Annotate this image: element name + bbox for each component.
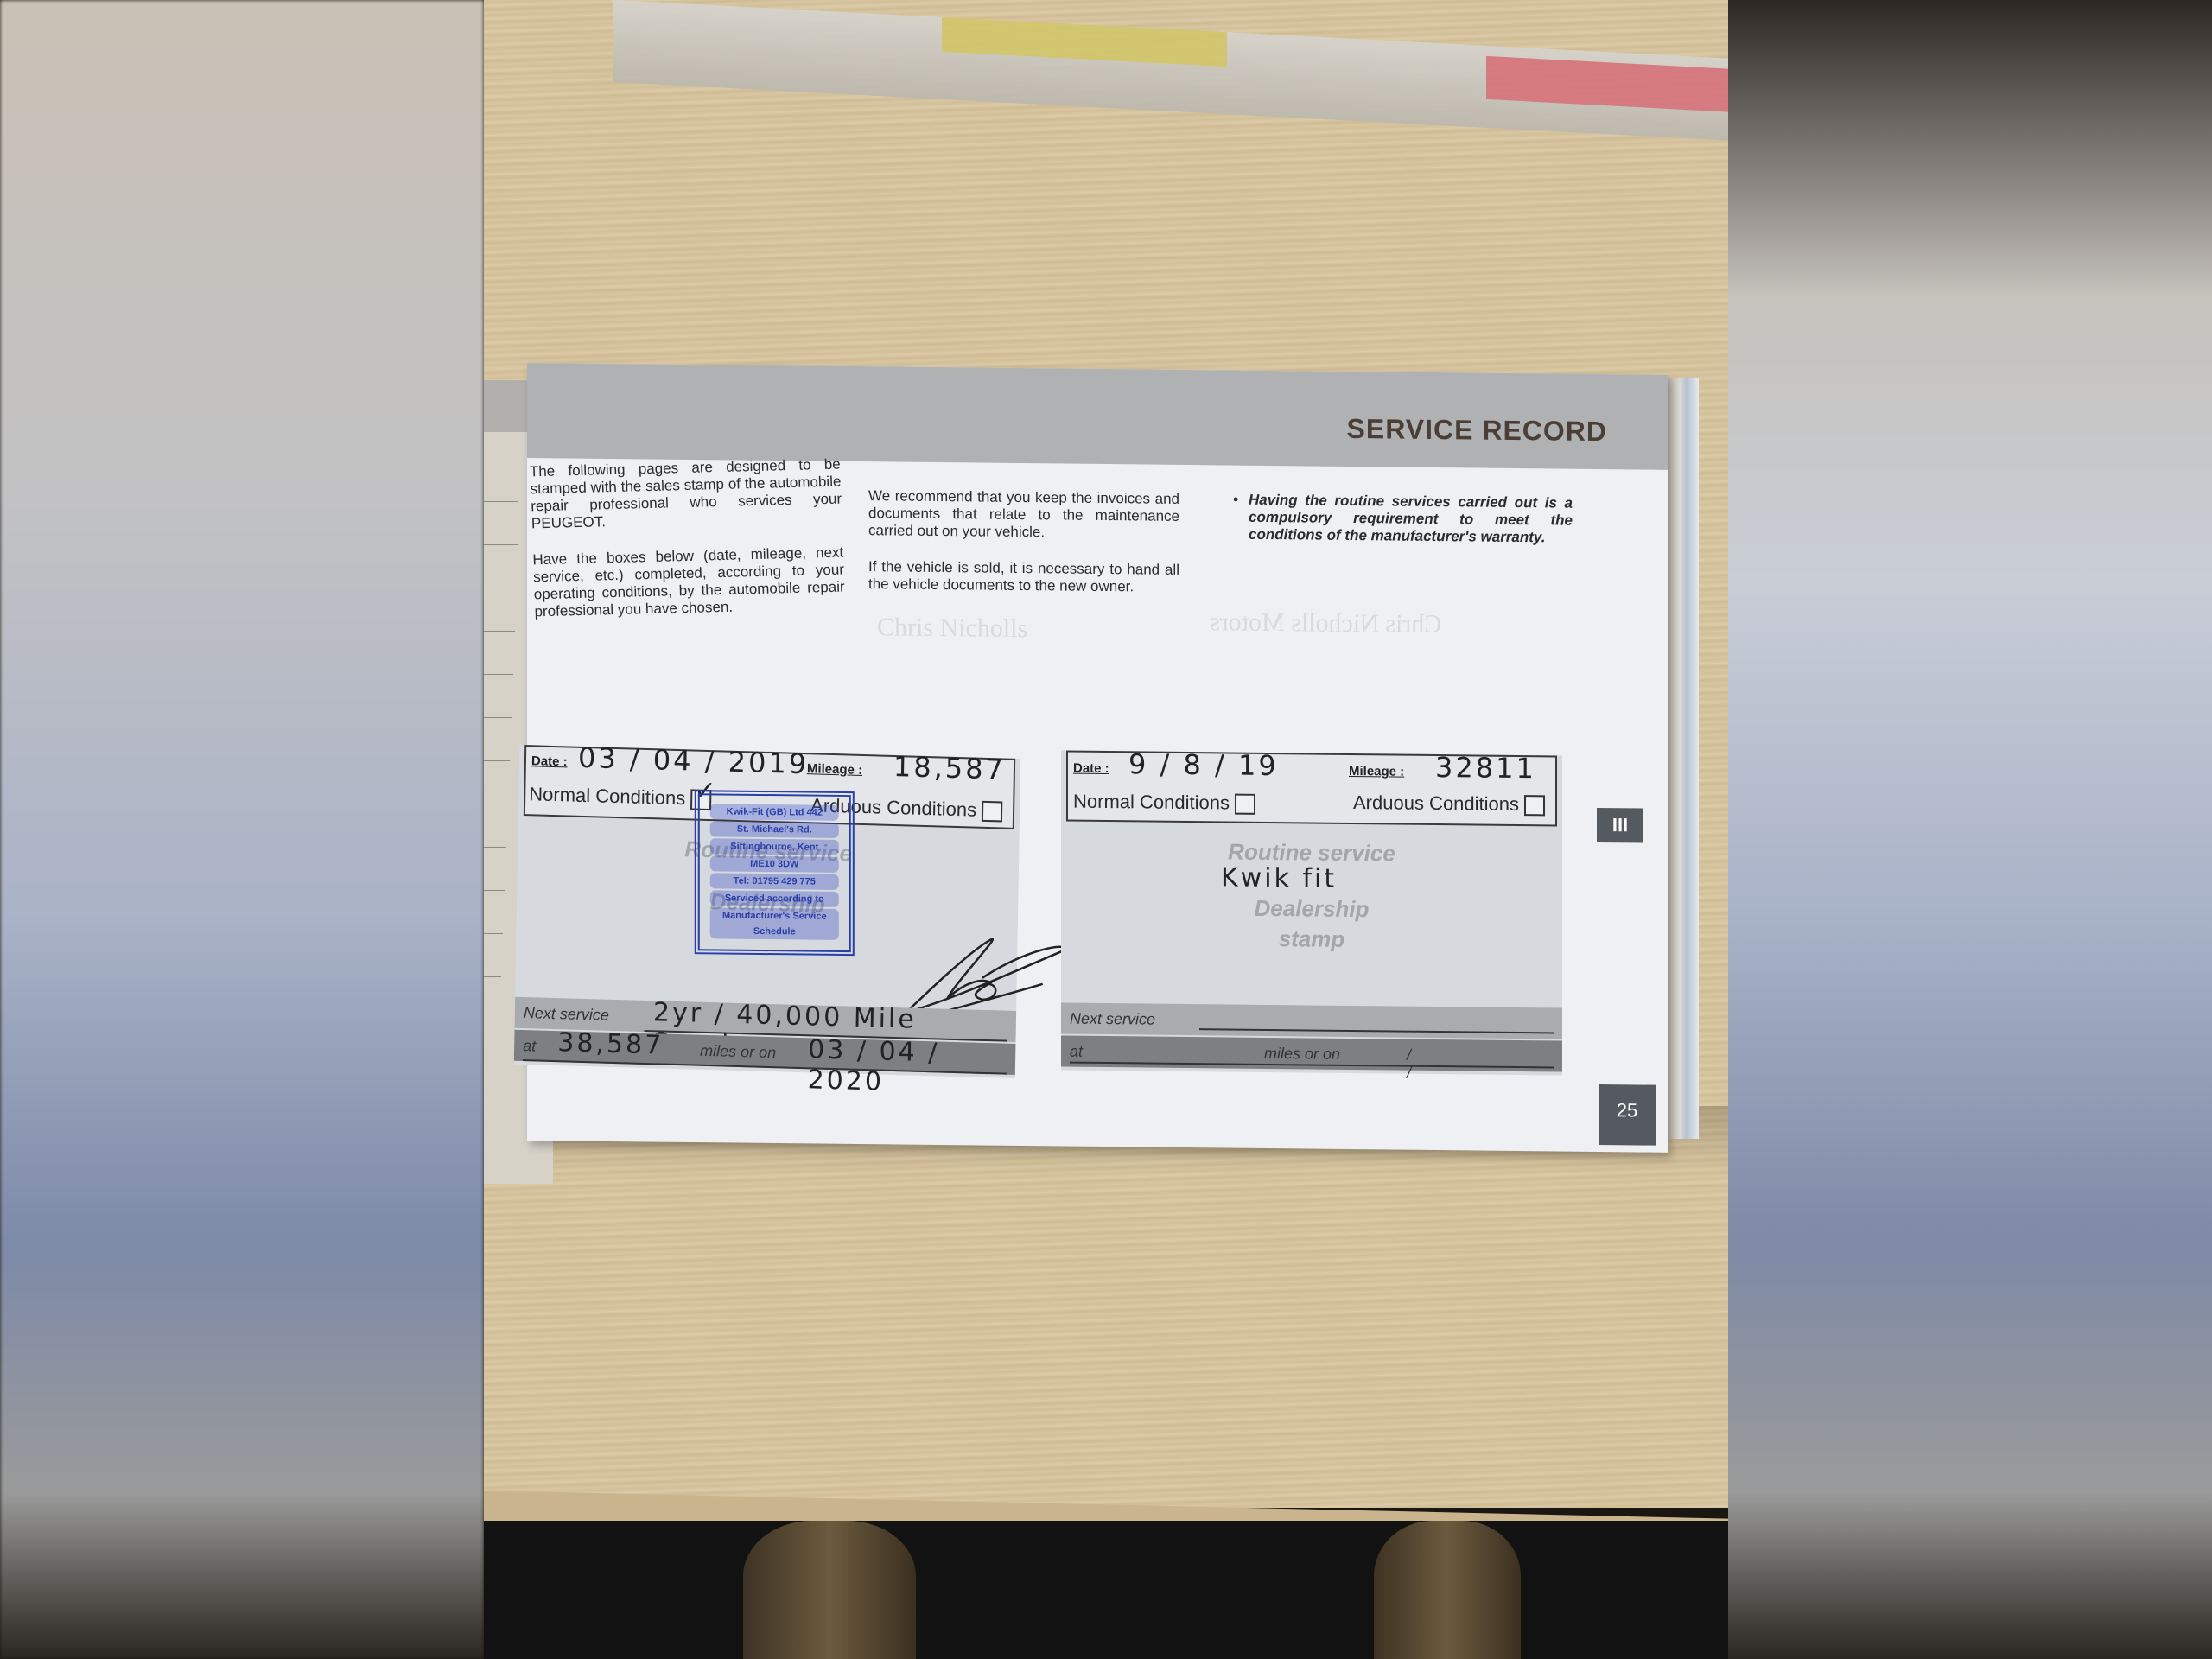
entry-header: Date : 9 / 8 / 19 Mileage : 32811 Normal… <box>1066 751 1557 827</box>
ruled-line <box>484 501 518 502</box>
intro-paragraph: If the vehicle is sold, it is necessary … <box>868 558 1179 596</box>
next-at-row: at miles or on / / <box>1061 1035 1562 1071</box>
service-record-page: SERVICE RECORD The following pages are d… <box>527 363 1668 1153</box>
ruled-line <box>484 631 515 632</box>
ruled-line <box>484 847 506 848</box>
service-entry-1: Date : 03 / 04 / 2019 Mileage : 18,587 N… <box>514 745 1020 1078</box>
intro-paragraph: We recommend that you keep the invoices … <box>868 487 1179 543</box>
next-service-label: Next service <box>524 1004 609 1025</box>
warranty-note: • Having the routine services carried ou… <box>1249 492 1573 547</box>
dealership-label: Dealership <box>1061 893 1562 925</box>
miles-or-on-label: miles or on <box>1264 1045 1340 1064</box>
stamp-label: stamp <box>1061 923 1562 955</box>
mileage-value: 32811 <box>1435 751 1536 785</box>
arduous-conditions-checkbox[interactable] <box>1524 795 1545 816</box>
warranty-text: Having the routine services carried out … <box>1249 492 1573 546</box>
header-band: SERVICE RECORD <box>527 363 1668 470</box>
arduous-conditions-label: Arduous Conditions <box>1353 791 1519 815</box>
intro-paragraph: The following pages are designed to be s… <box>530 456 843 533</box>
stamp-line: Kwik-Fit (GB) Ltd 442 <box>710 804 839 821</box>
bleed-through-text: Chris Nicholls <box>877 613 1027 644</box>
mileage-label: Mileage : <box>1349 764 1404 779</box>
at-label: at <box>1070 1043 1083 1061</box>
dealer-stamp: Kwik-Fit (GB) Ltd 442 St. Michael's Rd. … <box>695 790 855 956</box>
date-label: Date : <box>531 753 568 769</box>
ruled-line <box>484 890 505 891</box>
intro-paragraph: Have the boxes below (date, mileage, nex… <box>532 544 846 621</box>
mileage-label: Mileage : <box>807 761 862 778</box>
stamp-line: Sittingbourne, Kent <box>710 838 839 855</box>
page-number: 25 <box>1599 1084 1656 1146</box>
normal-conditions-label: Normal Conditions <box>1073 791 1230 814</box>
floor-shadow <box>484 1521 1728 1659</box>
ruled-line <box>484 804 508 804</box>
photo-scene: SERVICE RECORD The following pages are d… <box>484 0 1728 1659</box>
handwritten-note: Kwik fit <box>1221 862 1337 893</box>
date-value: 9 / 8 / 19 <box>1128 747 1279 782</box>
normal-conditions-checkbox[interactable] <box>1235 794 1255 815</box>
ruled-line <box>484 717 512 718</box>
folder-pink-item <box>1486 56 1728 112</box>
next-service-row: Next service <box>1061 1002 1562 1039</box>
person-leg-left <box>743 1521 916 1659</box>
ruled-line <box>484 760 510 761</box>
stamp-line: ME10 3DW <box>710 855 839 873</box>
next-service-line[interactable] <box>1199 1028 1554 1033</box>
miles-or-on-label: miles or on <box>700 1042 776 1062</box>
date-label: Date : <box>1073 761 1109 776</box>
intro-column-1: The following pages are designed to be s… <box>530 456 847 640</box>
ruled-line <box>484 933 503 934</box>
next-service-label: Next service <box>1070 1010 1155 1029</box>
intro-column-2: We recommend that you keep the invoices … <box>868 487 1179 615</box>
normal-conditions-label: Normal Conditions <box>529 783 685 809</box>
person-leg-right <box>1374 1521 1521 1659</box>
stamp-line: Manufacturer's Service Schedule <box>710 907 839 940</box>
normal-conditions: Normal Conditions✓ <box>529 783 711 810</box>
stamp-line: St. Michael's Rd. <box>710 821 839 838</box>
bullet-icon: • <box>1233 492 1238 509</box>
page-stack-edge <box>1668 378 1699 1139</box>
page-title: SERVICE RECORD <box>1347 413 1607 448</box>
ruled-line <box>484 976 501 977</box>
ruled-line <box>484 588 517 588</box>
bleed-through-text: Chris Nicholls Motors <box>1210 607 1441 639</box>
mileage-value: 18,587 <box>893 750 1007 786</box>
next-at-miles: 38,587 <box>557 1027 664 1060</box>
ruled-line <box>484 544 518 545</box>
service-entry-2: Date : 9 / 8 / 19 Mileage : 32811 Normal… <box>1061 750 1562 1075</box>
stamp-line: Serviced according to <box>710 890 839 907</box>
section-tab: III <box>1597 808 1643 843</box>
date-value: 03 / 04 / 2019 <box>578 741 810 780</box>
normal-conditions: Normal Conditions <box>1073 791 1255 815</box>
ruled-line <box>484 674 513 675</box>
arduous-conditions: Arduous Conditions <box>1353 791 1545 817</box>
at-label: at <box>523 1037 536 1055</box>
arduous-conditions-checkbox[interactable] <box>982 801 1002 823</box>
blurred-left-panel <box>0 0 484 1659</box>
blurred-right-panel <box>1728 0 2212 1659</box>
stamp-line: Tel: 01795 429 775 <box>710 873 839 890</box>
